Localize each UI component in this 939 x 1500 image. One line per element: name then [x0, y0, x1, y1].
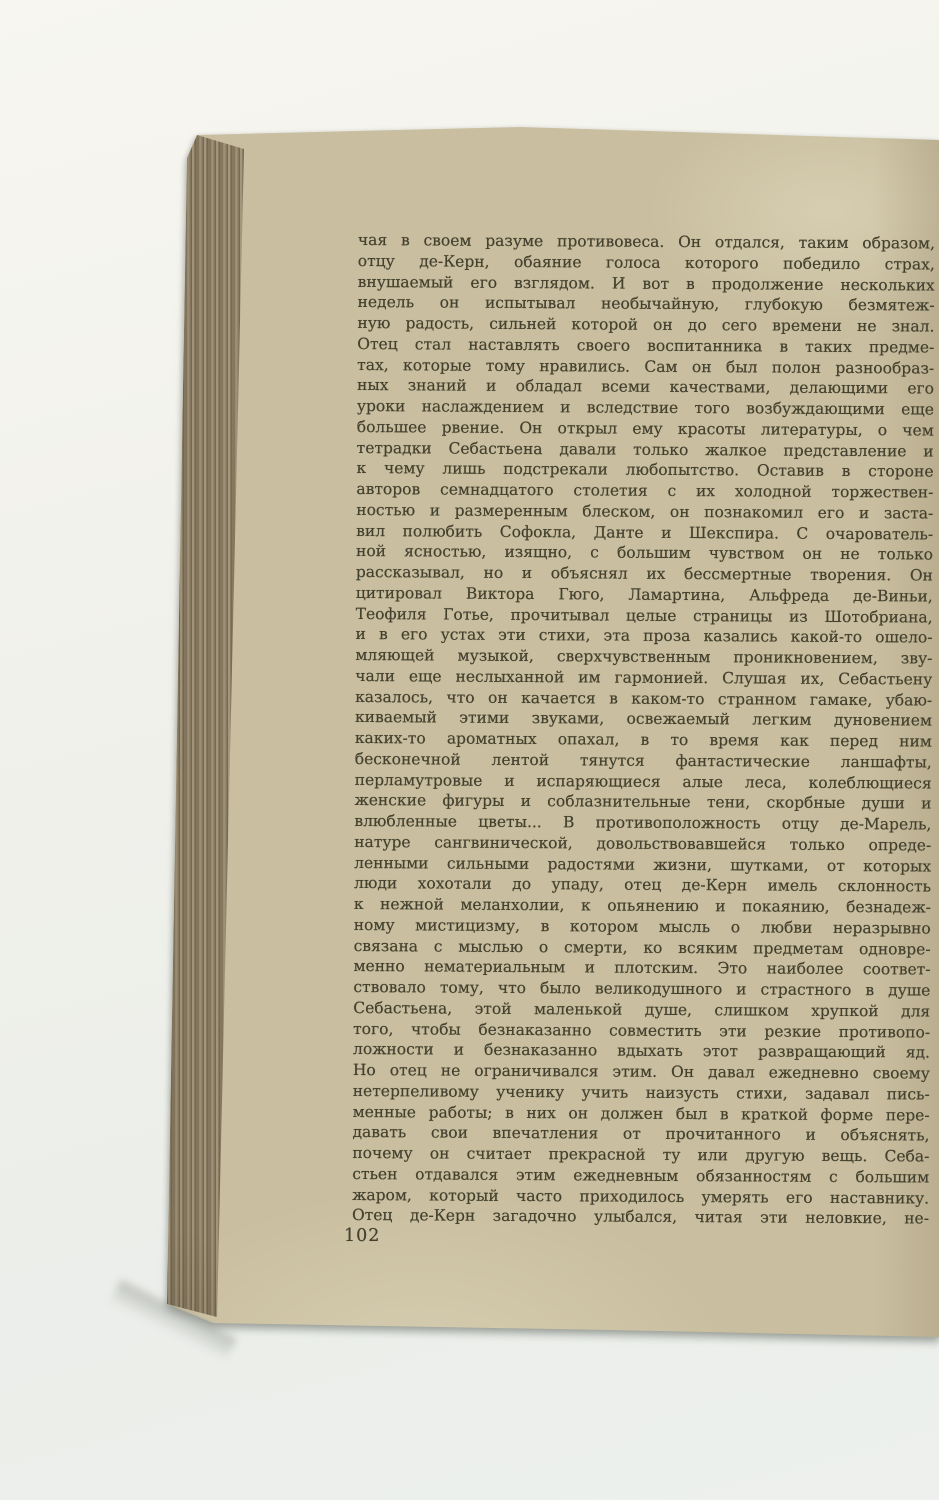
text-line: большее рвение. Он открыл ему красоты ли… [357, 417, 934, 441]
scanner-background: чая в своем разуме противовеса. Он отдал… [0, 0, 939, 1500]
text-line: натуре сангвинической, довольствовавшейс… [354, 832, 931, 856]
book-page-wrapper: чая в своем разуме противовеса. Он отдал… [0, 0, 939, 1500]
text-line: чали еще неслыханной им гармонией. Слуша… [355, 666, 932, 690]
book-page: чая в своем разуме противовеса. Он отдал… [0, 0, 939, 1500]
page-text: чая в своем разуме противовеса. Он отдал… [352, 230, 935, 1230]
text-line: нетерпеливому ученику учить наизусть сти… [353, 1081, 930, 1105]
text-line: отцу де-Керн, обаяние голоса которого по… [358, 251, 935, 275]
text-line: бесконечной лентой тянутся фантастически… [355, 749, 932, 773]
text-line: ностью и размеренным блеском, он познако… [356, 500, 933, 524]
text-line: Отец стал наставлять своего воспитанника… [357, 334, 934, 358]
text-line: Отец де-Керн загадочно улыбался, читая э… [352, 1205, 929, 1229]
text-line: Себастьена, этой маленькой душе, слишком… [353, 998, 930, 1022]
text-line: цитировал Виктора Гюго, Ламартина, Альфр… [356, 583, 933, 607]
text-line: стьен отдавался этим ежедневным обязанно… [352, 1164, 929, 1188]
page-number: 102 [344, 1226, 380, 1246]
text-line: ному мистицизму, в котором мысль о любви… [354, 915, 931, 939]
